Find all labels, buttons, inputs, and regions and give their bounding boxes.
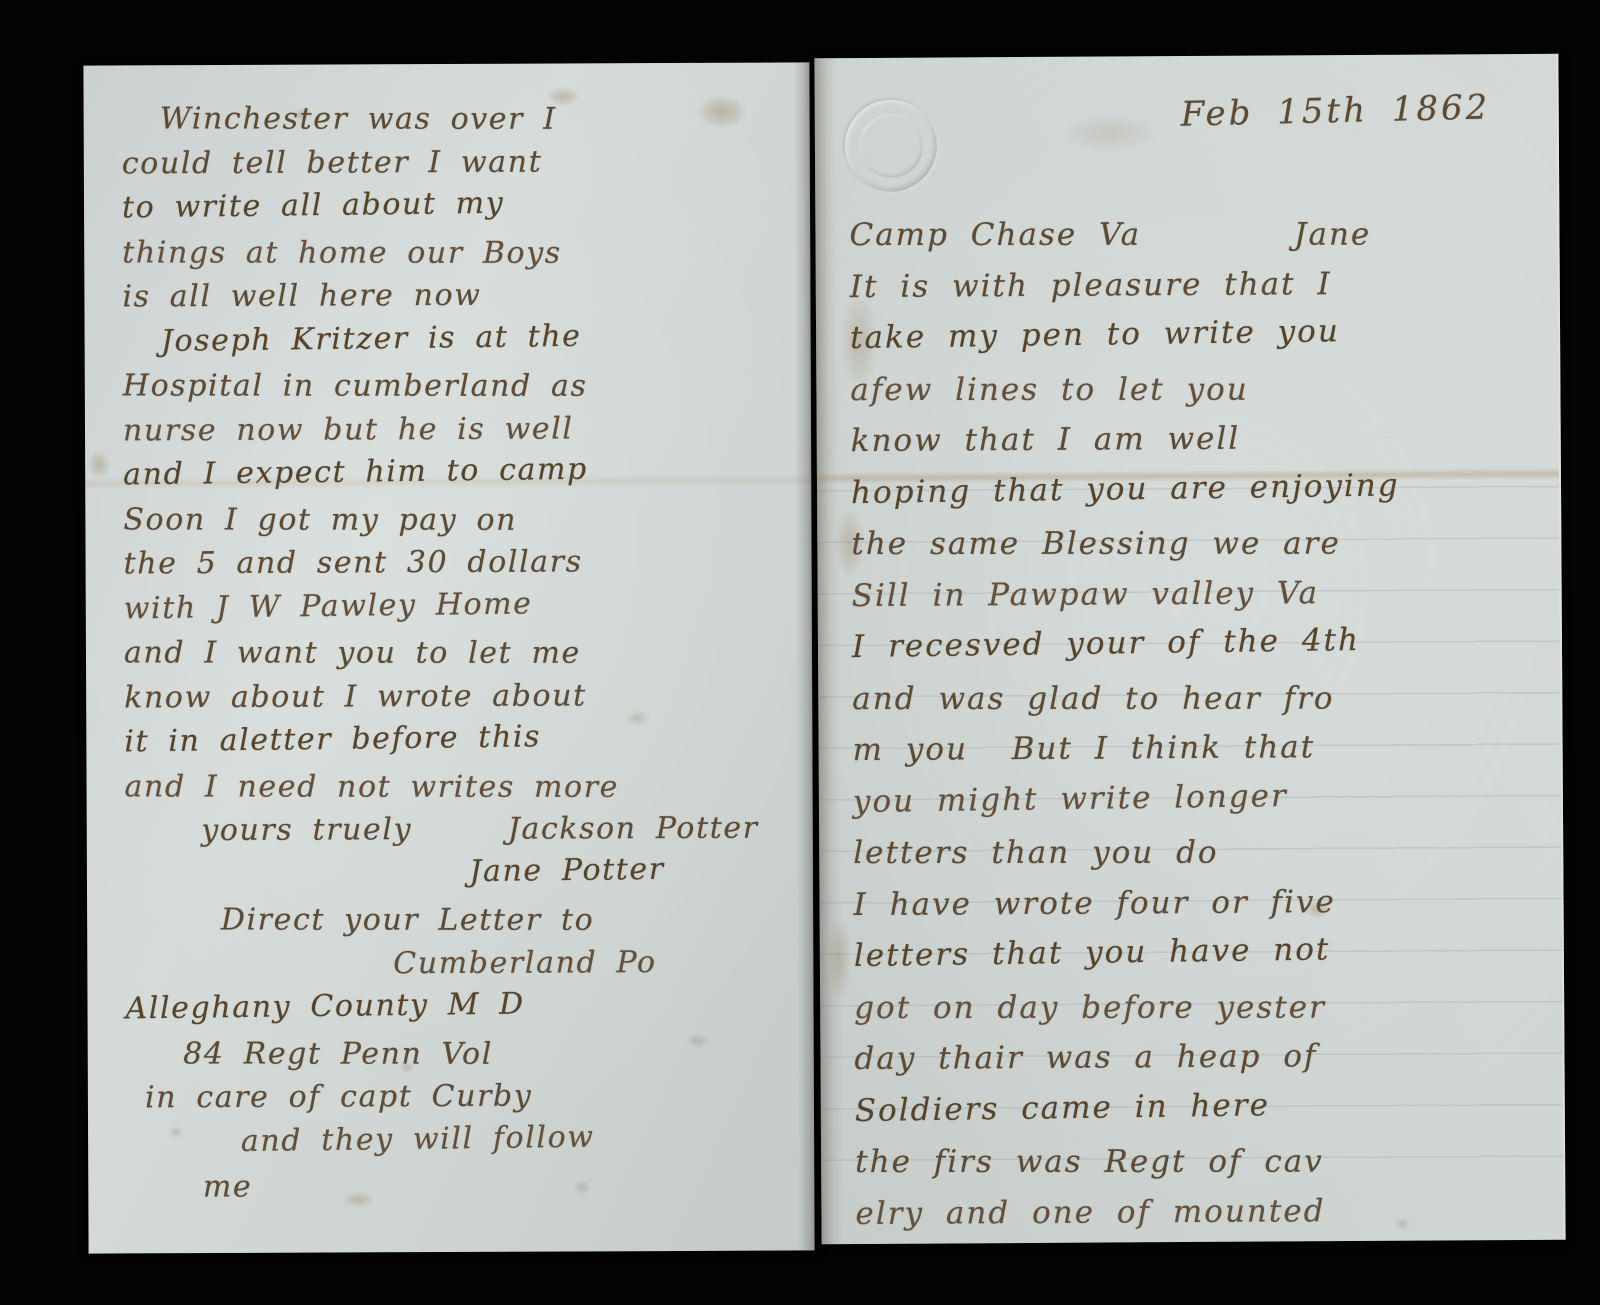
letter-line: I recesved your of the 4th — [852, 612, 1555, 673]
letter-line: Soon I got my pay on — [123, 498, 803, 543]
letter-line: and I expect him to camp — [123, 445, 803, 498]
letter-line: and was glad to hear fro — [852, 673, 1554, 725]
letter-line: and I need not writes more — [125, 765, 805, 810]
letter-line: and I want you to let me — [124, 631, 804, 676]
letter-line: Joseph Kritzer is at the — [122, 312, 802, 365]
letter-line: the firs was Regt of cav — [855, 1136, 1557, 1188]
letter-right-page: Feb 15th 1862 Camp Chase Va JaneIt is wi… — [814, 54, 1565, 1245]
letter-line: got on day before yester — [854, 982, 1556, 1034]
letter-line: Winchester was over I — [122, 97, 802, 142]
letter-line: Hospital in cumberland as — [123, 364, 803, 409]
letter-line: it in aletter before this — [124, 712, 804, 765]
scanned-letter: Winchester was over Icould tell better I… — [0, 0, 1600, 1305]
letter-line: letters than you do — [853, 827, 1555, 879]
letter-left-page: Winchester was over Icould tell better I… — [83, 62, 814, 1253]
embossed-seal — [845, 100, 938, 193]
letter-line: things at home our Boys — [122, 231, 802, 276]
letter-line: Soldiers came in here — [854, 1076, 1557, 1137]
letter-line: take my pen to write you — [850, 303, 1553, 364]
letter-line: Camp Chase Va Jane — [849, 209, 1551, 261]
gutter-shadow — [814, 58, 843, 1244]
letter-line: and they will follow — [126, 1113, 806, 1166]
letter-line: with J W Pawley Home — [124, 579, 804, 632]
letter-line: to write all about my — [122, 178, 802, 231]
letter-line: me — [126, 1165, 806, 1210]
letter-line: elry and one of mounted — [855, 1184, 1557, 1240]
letter-line: letters that you have not — [854, 921, 1557, 982]
letter-line: the same Blessing we are — [851, 518, 1553, 570]
letter-line: Alleghany County M D — [125, 979, 805, 1032]
letter-line: you might write longer — [853, 767, 1556, 828]
stain — [1065, 116, 1155, 151]
letter-line: afew lines to let you — [850, 364, 1552, 416]
stain — [89, 451, 109, 477]
letter-line: Jane Potter — [125, 846, 805, 899]
letter-line: 84 Regt Penn Vol — [126, 1032, 806, 1077]
right-page-text: Camp Chase Va JaneIt is with pleasure th… — [849, 206, 1557, 1238]
letter-date: Feb 15th 1862 — [1181, 87, 1491, 134]
left-page-text: Winchester was over Icould tell better I… — [122, 94, 807, 1245]
letter-line: hoping that you are enjoying — [851, 458, 1554, 519]
letter-line: Direct your Letter to — [125, 898, 805, 943]
